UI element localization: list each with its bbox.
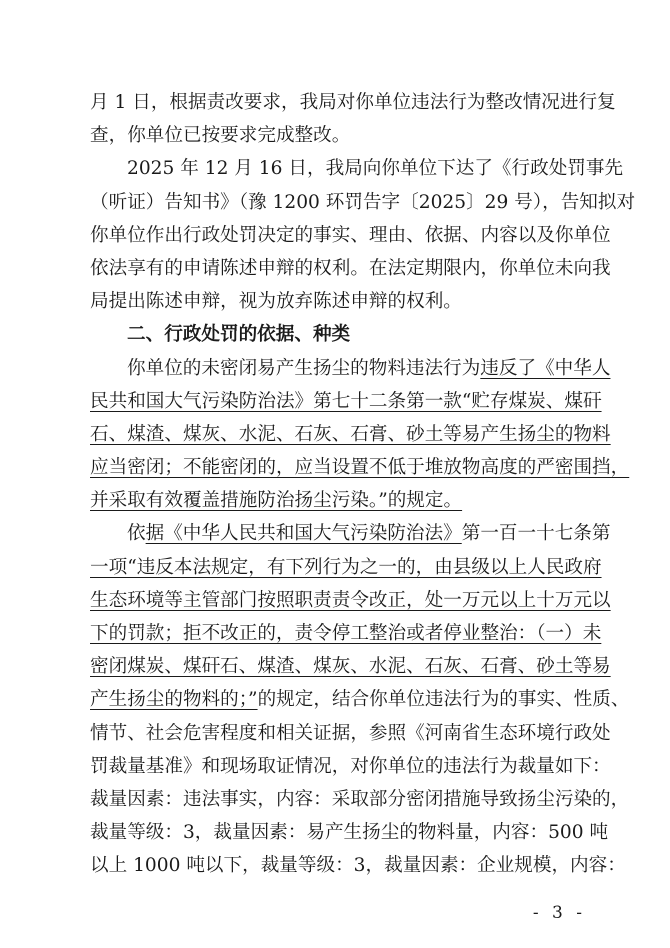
text-line: 密闭煤炭、煤矸石、煤渣、煤灰、水泥、石灰、石膏、砂土等易 — [90, 650, 590, 683]
underlined-text: 密闭煤炭、煤矸石、煤渣、煤灰、水泥、石灰、石膏、砂土等易 — [90, 656, 611, 677]
text-line: 应当密闭；不能密闭的，应当设置不低于堆放物高度的严密围挡， — [90, 451, 590, 484]
underlined-text: 并采取有效覆盖措施防治扬尘污染。”的规定。 — [90, 490, 462, 511]
text-line: 罚裁量基准》和现场取证情况，对你单位的违法行为裁量如下： — [90, 750, 590, 783]
text-line: 生态环境等主管部门按照职责责令改正，处一万元以上十万元以 — [90, 584, 590, 617]
text-line: 下的罚款；拒不改正的，责令停工整治或者停业整治：（一）未 — [90, 617, 590, 650]
underlined-text: 生态环境等主管部门按照职责责令改正，处一万元以上十万元以 — [90, 590, 611, 611]
underlined-text: 石、煤渣、煤灰、水泥、石灰、石膏、砂土等易产生扬尘的物料 — [90, 424, 611, 445]
text-line: （听证）告知书》（豫 1200 环罚告字〔2025〕29 号），告知拟对 — [90, 186, 590, 219]
underlined-text: 民共和国大气污染防治法》第七十二条第一款“贮存煤炭、煤矸 — [90, 391, 602, 412]
document-page: 月 1 日，根据责改要求，我局对你单位违法行为整改情况进行复 查，你单位已按要求… — [90, 86, 590, 883]
plain-text: 的规定，结合你单位违法行为的事实、性质、 — [258, 689, 630, 710]
text-line: 以上 1000 吨以下，裁量等级：3，裁量因素：企业规模，内容： — [90, 849, 590, 882]
text-line: 产生扬尘的物料的；”的规定，结合你单位违法行为的事实、性质、 — [90, 683, 590, 716]
underlined-text: 违反了《中华人 — [480, 358, 610, 379]
plain-text: 依 — [127, 523, 146, 544]
text-line: 月 1 日，根据责改要求，我局对你单位违法行为整改情况进行复 — [90, 86, 590, 119]
underlined-text: 应当密闭；不能密闭的，应当设置不低于堆放物高度的严密围挡， — [90, 457, 629, 478]
text-line: 依法享有的申请陈述申辩的权利。在法定期限内，你单位未向我 — [90, 252, 590, 285]
text-line: 你单位作出行政处罚决定的事实、理由、依据、内容以及你单位 — [90, 219, 590, 252]
text-line: 查，你单位已按要求完成整改。 — [90, 119, 590, 152]
text-line: 你单位的未密闭易产生扬尘的物料违法行为违反了《中华人 — [90, 352, 590, 385]
underlined-text: 一项“违反本法规定，有下列行为之一的，由县级以上人民政府 — [90, 557, 602, 578]
page-number: - 3 - — [533, 903, 586, 923]
underlined-text: 产生扬尘的物料的；” — [90, 689, 258, 710]
text-line: 2025 年 12 月 16 日，我局向你单位下达了《行政处罚事先 — [90, 152, 590, 185]
section-heading: 二、行政处罚的依据、种类 — [90, 318, 590, 351]
text-line: 情节、社会危害程度和相关证据，参照《河南省生态环境行政处 — [90, 717, 590, 750]
text-line: 石、煤渣、煤灰、水泥、石灰、石膏、砂土等易产生扬尘的物料 — [90, 418, 590, 451]
plain-text: 第一百一十七条第 — [462, 523, 611, 544]
underlined-text: 下的罚款；拒不改正的，责令停工整治或者停业整治：（一）未 — [90, 623, 601, 644]
underlined-text: 据《中华人民共和国大气污染防治法》 — [146, 523, 462, 544]
plain-text: 你单位的未密闭易产生扬尘的物料违法行为 — [127, 358, 480, 379]
text-line: 裁量因素：违法事实，内容：采取部分密闭措施导致扬尘污染的， — [90, 783, 590, 816]
text-line: 并采取有效覆盖措施防治扬尘污染。”的规定。 — [90, 484, 590, 517]
text-line: 民共和国大气污染防治法》第七十二条第一款“贮存煤炭、煤矸 — [90, 385, 590, 418]
text-line: 一项“违反本法规定，有下列行为之一的，由县级以上人民政府 — [90, 551, 590, 584]
text-line: 裁量等级：3，裁量因素：易产生扬尘的物料量，内容：500 吨 — [90, 816, 590, 849]
text-line: 依据《中华人民共和国大气污染防治法》第一百一十七条第 — [90, 517, 590, 550]
text-line: 局提出陈述申辩，视为放弃陈述申辩的权利。 — [90, 285, 590, 318]
